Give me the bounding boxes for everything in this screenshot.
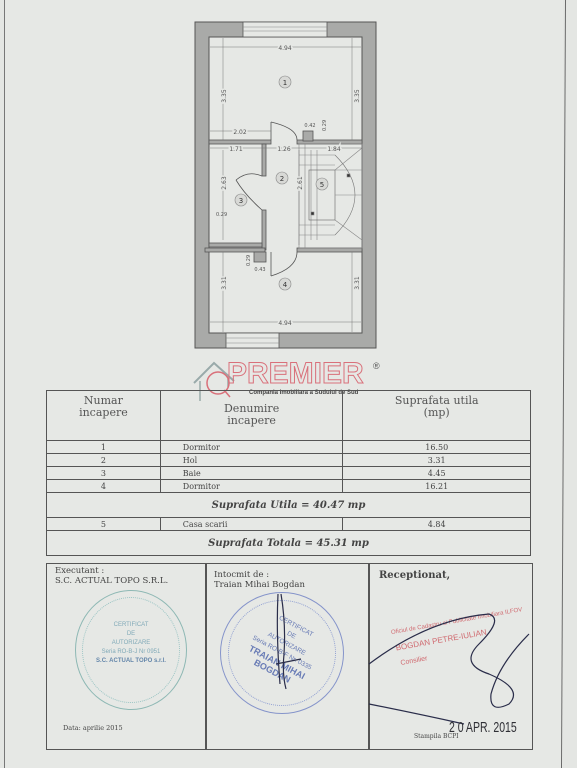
room-number: 3 bbox=[47, 467, 161, 480]
svg-text:1.71: 1.71 bbox=[229, 146, 243, 153]
grand-total-row: Suprafata Totala = 45.31 mp bbox=[47, 531, 531, 556]
header-room-number: Numarincapere bbox=[47, 391, 161, 441]
useful-area-total-row: Suprafata Utila = 40.47 mp bbox=[47, 493, 531, 518]
header-useful-area: Suprafata utila(mp) bbox=[343, 391, 531, 441]
stamp-line: S.C. ACTUAL TOPO s.r.l. bbox=[76, 657, 186, 666]
svg-text:2.61: 2.61 bbox=[297, 176, 304, 190]
room-name: Dormitor bbox=[160, 441, 343, 454]
room-marker-3: 3 bbox=[235, 194, 247, 206]
svg-text:3: 3 bbox=[239, 197, 243, 205]
receptionat-box: Receptionat, Oficiul de Cadastru si Publ… bbox=[368, 563, 533, 750]
table-row: 2 Hol 3.31 bbox=[47, 454, 531, 467]
executant-stamp: CERTIFICAT DE AUTORIZARE Seria RO-B-J Nr… bbox=[75, 590, 187, 710]
svg-text:0.42: 0.42 bbox=[304, 123, 315, 129]
svg-text:4.94: 4.94 bbox=[278, 320, 292, 327]
svg-text:3.35: 3.35 bbox=[221, 89, 228, 103]
room-name: Casa scarii bbox=[160, 518, 343, 531]
room-marker-4: 4 bbox=[279, 278, 291, 290]
stamp-line: Seria RO-B-J Nr 0951 bbox=[76, 648, 186, 657]
room-area: 16.21 bbox=[343, 480, 531, 493]
room-marker-1: 1 bbox=[279, 76, 291, 88]
executant-company: S.C. ACTUAL TOPO S.R.L. bbox=[55, 576, 168, 587]
room-marker-5: 5 bbox=[316, 178, 328, 190]
room-area: 4.84 bbox=[343, 518, 531, 531]
room-area: 3.31 bbox=[343, 454, 531, 467]
room-area-table: Numarincapere Denumireincapere Suprafata… bbox=[46, 390, 531, 556]
table-row: 1 Dormitor 16.50 bbox=[47, 441, 531, 454]
stamp-line: AUTORIZARE bbox=[76, 639, 186, 648]
receptionat-signature bbox=[339, 564, 549, 749]
svg-text:0.29: 0.29 bbox=[322, 120, 328, 131]
reception-date-stamp: 2 0 APR. 2015 bbox=[449, 722, 517, 733]
table-row: 3 Baie 4.45 bbox=[47, 467, 531, 480]
svg-text:2.63: 2.63 bbox=[221, 176, 228, 190]
svg-text:2.02: 2.02 bbox=[233, 129, 247, 136]
stamp-line: CERTIFICAT bbox=[76, 621, 186, 630]
svg-text:2: 2 bbox=[280, 175, 284, 183]
svg-text:0.29: 0.29 bbox=[216, 212, 227, 218]
svg-text:1: 1 bbox=[283, 79, 287, 87]
svg-text:3.35: 3.35 bbox=[354, 89, 361, 103]
svg-text:3.31: 3.31 bbox=[354, 276, 361, 290]
executant-box: Executant : S.C. ACTUAL TOPO S.R.L. CERT… bbox=[46, 563, 207, 750]
room-marker-2: 2 bbox=[276, 172, 288, 184]
room-name: Hol bbox=[160, 454, 343, 467]
svg-text:3.31: 3.31 bbox=[221, 276, 228, 290]
executant-date: Data: aprilie 2015 bbox=[63, 723, 123, 734]
room-area: 4.45 bbox=[343, 467, 531, 480]
svg-text:0.43: 0.43 bbox=[254, 267, 265, 273]
svg-text:1.26: 1.26 bbox=[277, 146, 291, 153]
total-area: Suprafata Totala = 45.31 mp bbox=[47, 531, 531, 556]
svg-text:4: 4 bbox=[283, 281, 288, 289]
useful-area-total: Suprafata Utila = 40.47 mp bbox=[47, 493, 531, 518]
room-number: 4 bbox=[47, 480, 161, 493]
room-number: 1 bbox=[47, 441, 161, 454]
svg-text:0.29: 0.29 bbox=[246, 255, 252, 266]
floor-plan: 4.94 4.94 2.02 1.71 1.26 1.84 0.42 0.29 … bbox=[0, 0, 577, 360]
svg-text:4.94: 4.94 bbox=[278, 45, 292, 52]
table-header-row: Numarincapere Denumireincapere Suprafata… bbox=[47, 391, 531, 441]
room-name: Dormitor bbox=[160, 480, 343, 493]
room-number: 5 bbox=[47, 518, 161, 531]
room-area: 16.50 bbox=[343, 441, 531, 454]
table-row: 5 Casa scarii 4.84 bbox=[47, 518, 531, 531]
stamp-line: DE bbox=[76, 630, 186, 639]
svg-text:1.84: 1.84 bbox=[327, 146, 341, 153]
table-row: 4 Dormitor 16.21 bbox=[47, 480, 531, 493]
room-number: 2 bbox=[47, 454, 161, 467]
svg-text:5: 5 bbox=[320, 181, 324, 189]
header-room-name: Denumireincapere bbox=[160, 391, 343, 441]
staircase bbox=[299, 144, 362, 248]
room-name: Baie bbox=[160, 467, 343, 480]
